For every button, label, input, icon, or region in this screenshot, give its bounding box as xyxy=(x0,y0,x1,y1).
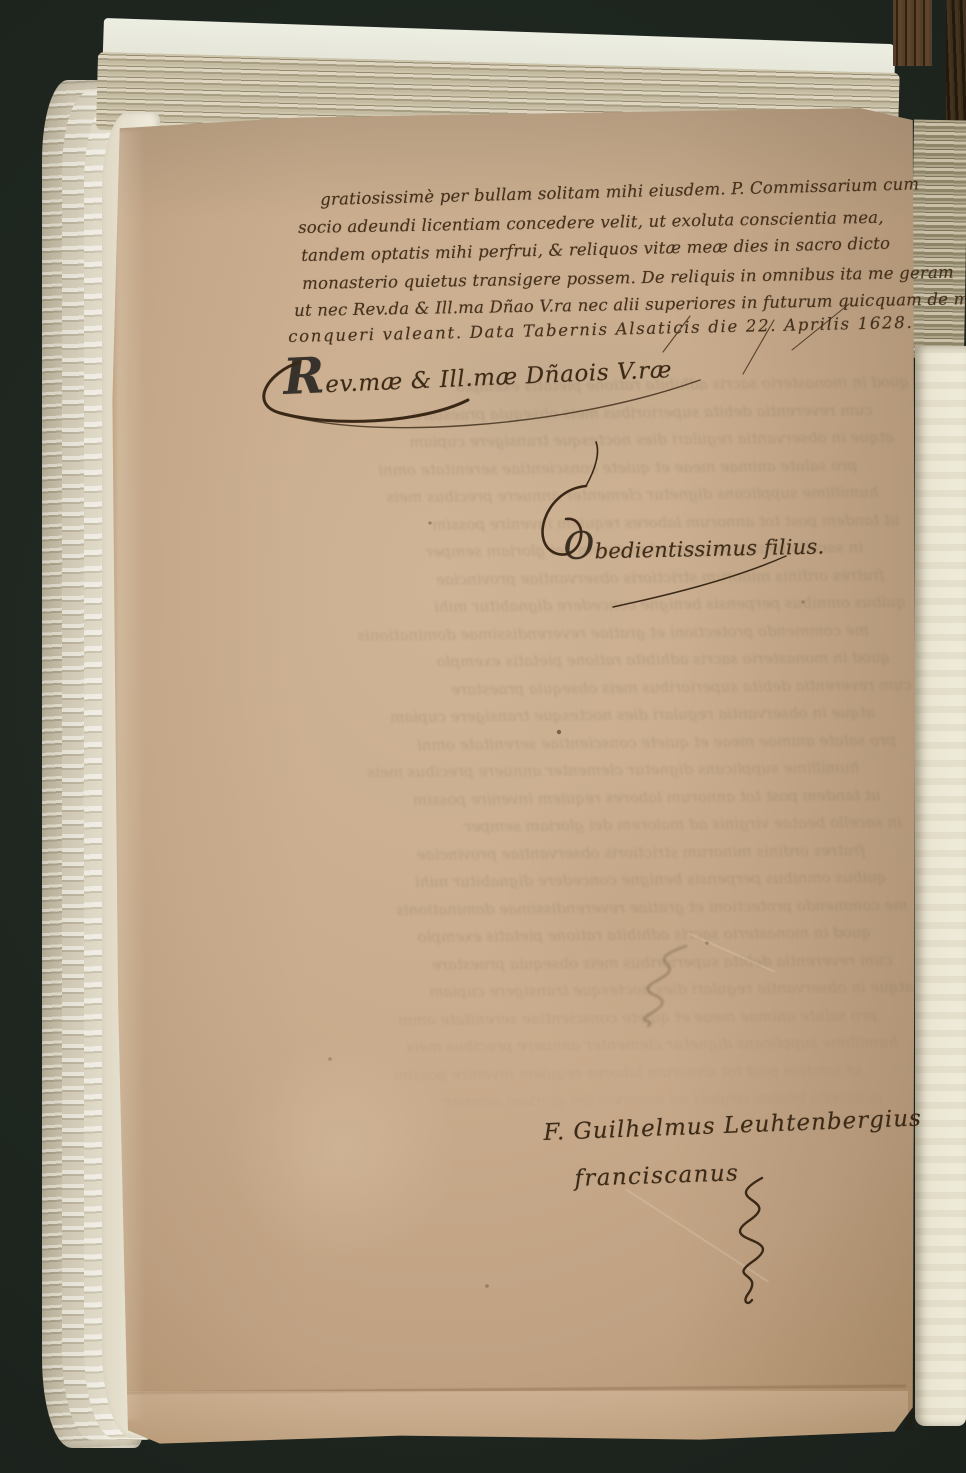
photo-of-bound-manuscript: quod in monasterio sacris adhibita ratio… xyxy=(0,0,966,1473)
spine-edge-strip xyxy=(946,0,966,132)
facing-page-edge xyxy=(915,346,966,1426)
bottom-flap-lighter xyxy=(112,1391,908,1443)
spine-wood-strip xyxy=(893,0,932,66)
fore-edge-corner xyxy=(910,120,966,359)
bleedthrough-text: quod in monasterio sacris adhibita ratio… xyxy=(291,369,917,1120)
